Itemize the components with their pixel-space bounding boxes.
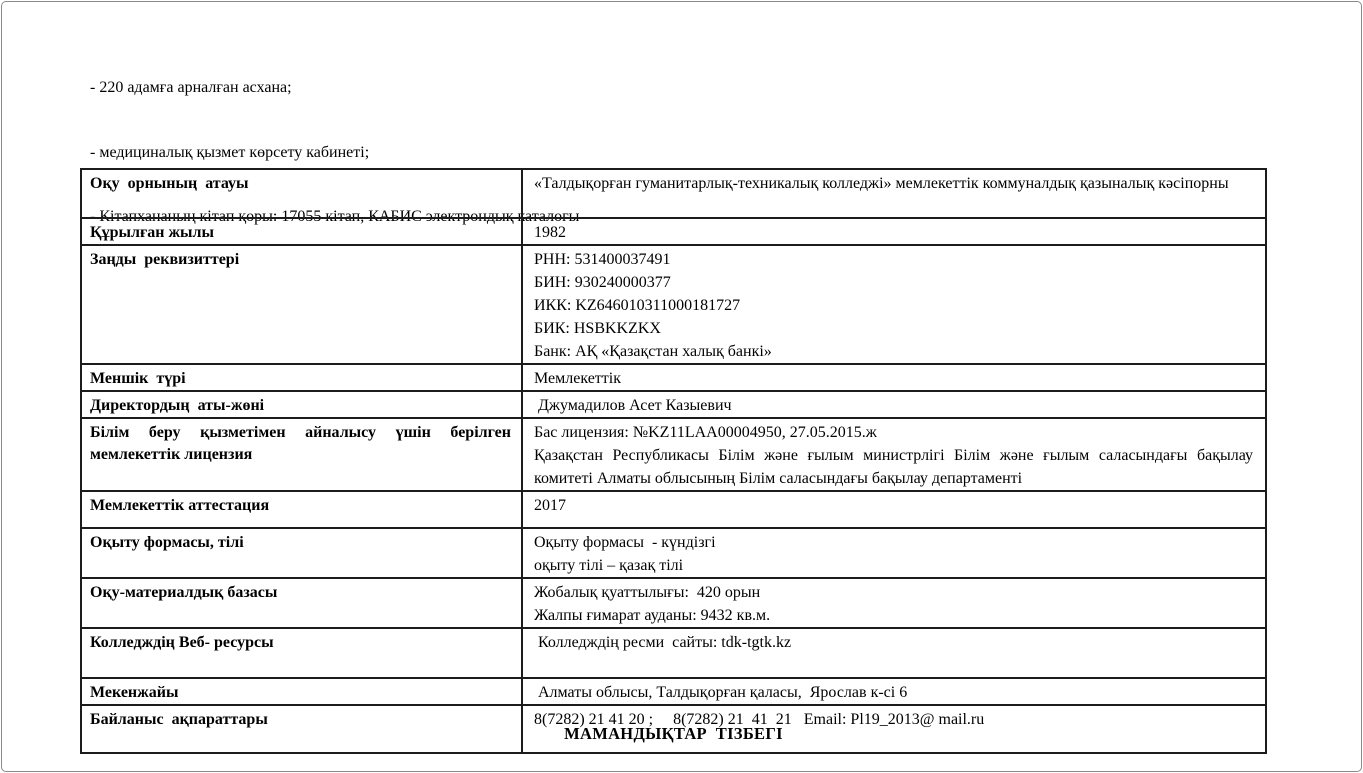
table-row: Құрылған жылы 1982 [81,218,1266,245]
value-line: Колледждің ресми сайты: tdk-tgtk.kz [534,631,1253,654]
value-line: «Талдықорған гуманитарлық-техникалық кол… [534,172,1253,195]
row-value: Жобалық қуаттылығы: 420 орын Жалпы ғимар… [522,578,1266,628]
value-line: БИН: 930240000377 [534,271,1253,294]
value-line: Жобалық қуаттылығы: 420 орын [534,581,1253,604]
value-line: Бас лицензия: №KZ11LAA00004950, 27.05.20… [534,421,1253,444]
row-value: «Талдықорған гуманитарлық-техникалық кол… [522,169,1266,218]
value-line: Банк: АҚ «Қазақстан халық банкі» [534,340,1253,363]
row-label: Оқу-материалдық базасы [81,578,522,628]
value-line: оқыту тілі – қазақ тілі [534,554,1253,577]
table-row: Оқу-материалдық базасы Жобалық қуаттылығ… [81,578,1266,628]
row-label: Білім беру қызметімен айналысу үшін бері… [81,418,522,491]
table-row: Білім беру қызметімен айналысу үшін бері… [81,418,1266,491]
value-line: Джумадилов Асет Казыевич [534,394,1253,417]
value-line: Қазақстан Республикасы Білім және ғылым … [534,444,1253,490]
document-page: - 220 адамға арналған асхана; - медицина… [0,0,1363,773]
row-value: 2017 [522,491,1266,528]
specialties-list-heading: МАМАНДЫҚТАР ТІЗБЕГІ [80,724,1267,744]
value-line: Оқыту формасы - күндізгі [534,531,1253,554]
row-label: Заңды реквизиттері [81,245,522,364]
row-value: Оқыту формасы - күндізгі оқыту тілі – қа… [522,528,1266,578]
value-line: РНН: 531400037491 [534,248,1253,271]
table-row: Оқу орнының атауы «Талдықорған гуманитар… [81,169,1266,218]
value-line: Мемлекеттік [534,367,1253,390]
value-line: 1982 [534,221,1253,244]
row-label: Меншік түрі [81,364,522,391]
row-label: Оқу орнының атауы [81,169,522,218]
value-line: Жалпы ғимарат ауданы: 9432 кв.м. [534,604,1253,627]
intro-line: - 220 адамға арналған асхана; [90,77,579,99]
row-value: Алматы облысы, Талдықорған қаласы, Яросл… [522,678,1266,705]
value-line: БИК: HSBKKZKX [534,317,1253,340]
intro-line: - медициналық қызмет көрсету кабинеті; [90,142,579,164]
row-label: Мемлекеттік аттестация [81,491,522,528]
row-label: Құрылған жылы [81,218,522,245]
value-line: ИКК: KZ646010311000181727 [534,294,1253,317]
row-label: Директордың аты-жөні [81,391,522,418]
value-line: 2017 [534,494,1253,517]
value-line: Алматы облысы, Талдықорған қаласы, Яросл… [534,681,1253,704]
row-value: Колледждің ресми сайты: tdk-tgtk.kz [522,628,1266,678]
college-info-table: Оқу орнының атауы «Талдықорған гуманитар… [80,168,1267,754]
table-row: Мекенжайы Алматы облысы, Талдықорған қал… [81,678,1266,705]
row-label: Оқыту формасы, тілі [81,528,522,578]
row-value: Мемлекеттік [522,364,1266,391]
row-value: Бас лицензия: №KZ11LAA00004950, 27.05.20… [522,418,1266,491]
table-row: Мемлекеттік аттестация 2017 [81,491,1266,528]
table-row: Заңды реквизиттері РНН: 531400037491 БИН… [81,245,1266,364]
table-row: Меншік түрі Мемлекеттік [81,364,1266,391]
row-value: Джумадилов Асет Казыевич [522,391,1266,418]
row-label: Колледждің Веб- ресурсы [81,628,522,678]
row-label: Мекенжайы [81,678,522,705]
table-row: Оқыту формасы, тілі Оқыту формасы - күнд… [81,528,1266,578]
row-value: 1982 [522,218,1266,245]
table-row: Колледждің Веб- ресурсы Колледждің ресми… [81,628,1266,678]
table-row: Директордың аты-жөні Джумадилов Асет Каз… [81,391,1266,418]
row-value: РНН: 531400037491 БИН: 930240000377 ИКК:… [522,245,1266,364]
